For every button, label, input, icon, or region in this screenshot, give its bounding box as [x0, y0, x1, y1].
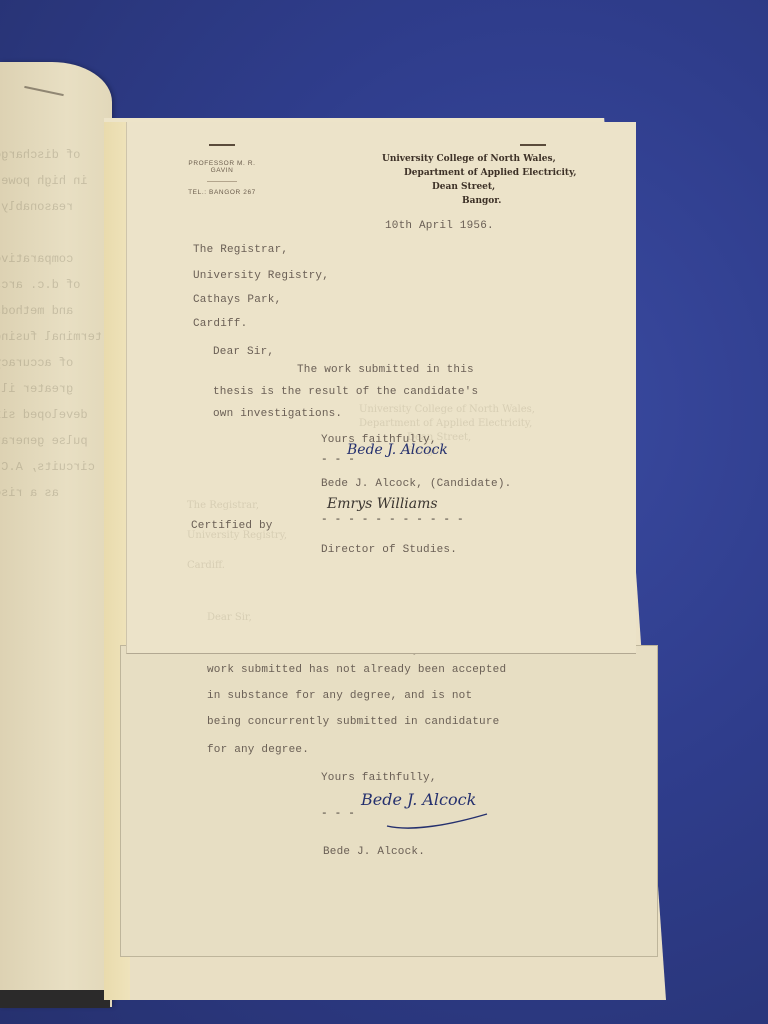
certified-by-label: Certified by [191, 520, 273, 532]
bleed-line [0, 220, 112, 246]
certifier-dashes: - - - - - - - - - - - [321, 514, 464, 526]
certificate-body-line: for any degree. [207, 744, 309, 756]
professor-name: PROFESSOR M. R. GAVIN [177, 160, 267, 174]
ghost-line: Department of Applied Electricity, [359, 418, 532, 429]
recipient-line: Cardiff. [193, 318, 247, 330]
book-spine-edge [0, 990, 110, 1008]
letterhead-thin-rule [207, 181, 237, 182]
letterhead-rule [520, 144, 546, 146]
certificate-body-line: work submitted has not already been acce… [207, 664, 506, 676]
recipient-line: Cathays Park, [193, 294, 281, 306]
letter-body-line: thesis is the result of the candidate's [213, 386, 478, 398]
letterhead-line: Dean Street, [382, 180, 582, 194]
bleed-line: reasonably. [0, 194, 112, 220]
letterhead-left: PROFESSOR M. R. GAVIN TEL.: BANGOR 267 [177, 144, 267, 196]
letterhead-line: Bangor. [382, 194, 582, 208]
certificate-signer: Bede J. Alcock. [323, 846, 425, 858]
recipient-line: University Registry, [193, 270, 329, 282]
ghost-line: Dear Sir, [207, 612, 252, 623]
pen-mark [24, 86, 64, 96]
letterhead-rule [209, 144, 235, 146]
bleed-line: of d.c. arcs [0, 272, 112, 298]
salutation: Dear Sir, [213, 346, 274, 358]
certifier-title: Director of Studies. [321, 544, 457, 556]
bleed-line: of discharge [0, 142, 112, 168]
certificate-body-line: being concurrently submitted in candidat… [207, 716, 499, 728]
ghost-line: Cardiff. [187, 560, 225, 571]
bleed-line: in high power [0, 168, 112, 194]
signature-flourish-icon [383, 806, 493, 832]
bleed-line: greater ill [0, 376, 112, 402]
bleed-line: and methods [0, 298, 112, 324]
letterhead-right: University College of North Wales, Depar… [382, 144, 582, 208]
letterhead-line: University College of North Wales, [382, 144, 582, 166]
bleed-line: pulse generat [0, 428, 112, 454]
bleed-line: of accuracy [0, 350, 112, 376]
bleed-line: circuits, A.C. [0, 454, 112, 480]
certificate-signature-line: - - - [321, 808, 355, 820]
certificate-body-line: in substance for any degree, and is not [207, 690, 472, 702]
bleed-line: developed six [0, 402, 112, 428]
telephone: TEL.: BANGOR 267 [177, 189, 267, 196]
letter-date: 10th April 1956. [385, 220, 494, 232]
letter-body-line: own investigations. [213, 408, 342, 420]
letter-sheet: University College of North Wales, Depar… [126, 122, 636, 654]
bleed-line: as a rise [0, 480, 112, 506]
ghost-line: The Registrar, [187, 500, 259, 511]
candidate-handwritten-signature: Bede J. Alcock [347, 442, 448, 458]
certifier-handwritten-signature: Emrys Williams [327, 496, 438, 512]
ghost-line: University College of North Wales, [359, 404, 535, 415]
bleed-line: comparative [0, 246, 112, 272]
certificate-sheet: This is to certify that the work submitt… [120, 645, 658, 957]
letterhead-line: Department of Applied Electricity, [382, 166, 582, 180]
recipient-line: The Registrar, [193, 244, 288, 256]
left-book-page: of discharge in high power reasonably. c… [0, 62, 112, 1007]
candidate-signer: Bede J. Alcock, (Candidate). [321, 478, 511, 490]
bleed-through-text: of discharge in high power reasonably. c… [0, 142, 112, 506]
certificate-closing: Yours faithfully, [321, 772, 437, 784]
letter-body-line: The work submitted in this [297, 364, 474, 376]
bleed-line: terminal fusing [0, 324, 112, 350]
